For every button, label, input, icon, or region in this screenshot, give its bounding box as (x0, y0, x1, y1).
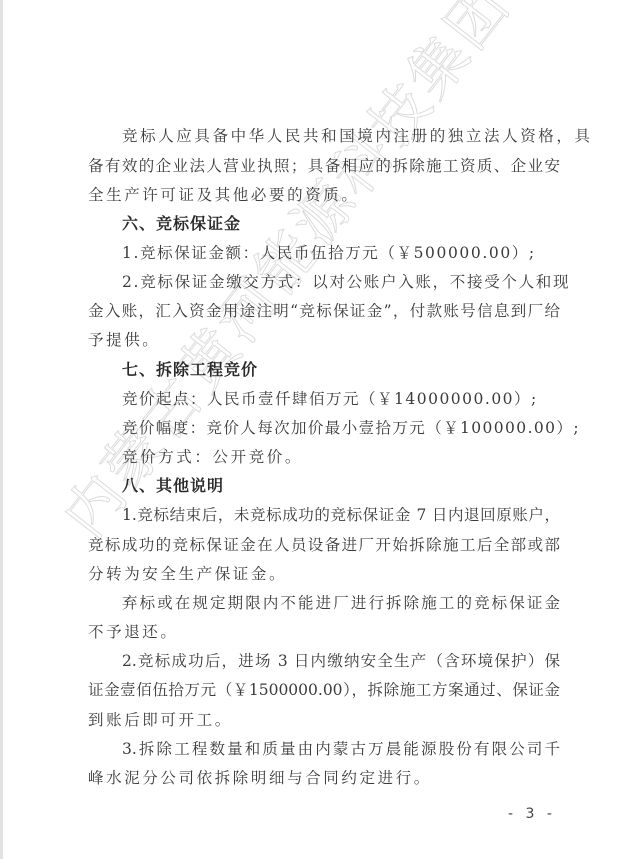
section-heading: 六、竞标保证金 (122, 214, 594, 234)
paragraph-line: 竞价方式：公开竞价。 (122, 447, 594, 467)
paragraph-line: 金入账，汇入资金用途注明“竞标保证金”，付款账号信息到厂给 (88, 301, 560, 321)
document-page: 内蒙古黄河能源科技集团 竞标人应具备中华人民共和国境内注册的独立法人资格，具 备… (0, 0, 636, 859)
paragraph-line: 2.竞标保证金缴交方式：以对公账户入账，不接受个人和现 (122, 272, 594, 292)
section-heading: 八、其他说明 (122, 476, 594, 496)
paragraph-line: 1.竞标保证金额：人民币伍拾万元（￥500000.00）; (122, 243, 594, 263)
paragraph-line: 竞价起点：人民币壹仟肆佰万元（￥14000000.00）; (122, 389, 594, 409)
paragraph-line: 竞标成功的竞标保证金在人员设备进厂开始拆除施工后全部或部 (88, 535, 560, 555)
paragraph-line: 峰水泥分公司依拆除明细与合同约定进行。 (88, 768, 560, 788)
paragraph-line: 证金壹佰伍拾万元（￥1500000.00），拆除施工方案通过、保证金 (88, 680, 560, 700)
paragraph-line: 竞价幅度：竞价人每次加价最小壹拾万元（￥100000.00）; (122, 418, 594, 438)
paragraph-line: 到账后即可开工。 (88, 710, 560, 730)
paragraph-line: 弃标或在规定期限内不能进厂进行拆除施工的竞标保证金 (122, 593, 560, 613)
paragraph-line: 备有效的企业法人营业执照；具备相应的拆除施工资质、企业安 (88, 156, 560, 176)
section-heading: 七、拆除工程竞价 (122, 360, 594, 380)
paragraph-line: 予提供。 (88, 330, 560, 350)
paragraph-line: 2.竞标成功后，进场 3 日内缴纳安全生产（含环境保护）保 (122, 651, 560, 671)
paragraph-line: 全生产许可证及其他必要的资质。 (88, 185, 560, 205)
paragraph-line: 分转为安全生产保证金。 (88, 564, 560, 584)
paragraph-line: 不予退还。 (88, 622, 560, 642)
page-number: - 3 - (508, 806, 556, 822)
paragraph-line: 竞标人应具备中华人民共和国境内注册的独立法人资格，具 (122, 126, 560, 146)
paragraph-line: 3.拆除工程数量和质量由内蒙古万晨能源股份有限公司千 (122, 739, 560, 759)
paragraph-line: 1.竞标结束后，未竞标成功的竞标保证金 7 日内退回原账户， (122, 505, 560, 525)
